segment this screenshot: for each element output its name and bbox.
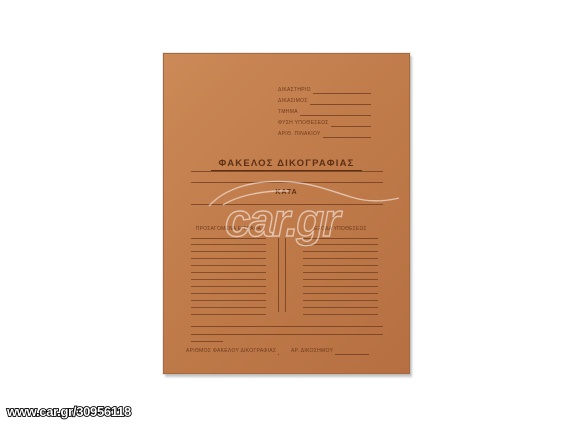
field-row-case-nature: ΦΥΣΗ ΥΠΟΘΕΣΕΩΣ <box>278 118 371 127</box>
right-column-ruled-lines <box>303 238 378 318</box>
field-label-case-nature: ΦΥΣΗ ΥΠΟΘΕΣΕΩΣ <box>278 120 331 127</box>
watermark-url-text: www.car.gr/30956118 <box>6 404 131 419</box>
field-label-hearing-date: ΔΙΚΑΣΙΜΟΣ <box>278 98 310 105</box>
center-divider-line <box>278 238 279 312</box>
write-line <box>313 86 371 94</box>
field-row-court: ΔΙΚΑΣΤΗΡΙΟ <box>278 85 371 94</box>
write-line <box>310 97 371 105</box>
ruled-line <box>191 204 383 205</box>
footer-label-folder-number: ΑΡΙΘΜΟΣ ΦΑΚΕΛΟΥ ΔΙΚΟΓΡΑΦΙΑΣ <box>186 348 278 355</box>
left-column-ruled-lines <box>191 238 266 318</box>
field-label-docket-number: ΑΡΙΘ. ΠΙΝΑΚΙΟΥ <box>278 131 323 138</box>
ruled-line <box>191 334 383 335</box>
write-line <box>300 108 371 116</box>
ruled-line <box>191 341 223 342</box>
write-line <box>335 347 369 355</box>
field-row-department: ΤΜΗΜΑ <box>278 107 371 116</box>
field-label-department: ΤΜΗΜΑ <box>278 109 300 116</box>
watermark-url: www.car.gr/30956118 <box>5 400 155 424</box>
center-divider-line <box>285 238 286 312</box>
field-row-docket-number: ΑΡΙΘ. ΠΙΝΑΚΙΟΥ <box>278 129 371 138</box>
ruled-line <box>191 171 383 172</box>
versus-label: ΚΑΤΑ <box>164 189 409 196</box>
footer-field-fee-stamp-number: ΑΡ. ΔΙΚΟΣΗΜΟΥ <box>291 346 369 355</box>
field-row-hearing-date: ΔΙΚΑΣΙΜΟΣ <box>278 96 371 105</box>
write-line <box>331 119 371 127</box>
write-line <box>278 347 279 355</box>
folder-title-wrap: ΦΑΚΕΛΟΣ ΔΙΚΟΓΡΑΦΙΑΣ <box>164 153 409 171</box>
ruled-line <box>191 182 383 183</box>
footer-field-folder-number: ΑΡΙΘΜΟΣ ΦΑΚΕΛΟΥ ΔΙΚΟΓΡΑΦΙΑΣ <box>186 346 279 355</box>
right-column-header: ΕΞΟΔΑ ΥΠΟΘΕΣΕΩΣ <box>303 226 378 232</box>
folder-title: ΦΑΚΕΛΟΣ ΔΙΚΟΓΡΑΦΙΑΣ <box>211 158 361 171</box>
field-label-court: ΔΙΚΑΣΤΗΡΙΟ <box>278 87 313 94</box>
left-column-header: ΠΡΟΣΑΓΟΜΕΝΑ ΕΓΓΡΑΦΑ <box>191 226 266 232</box>
footer-label-fee-stamp-number: ΑΡ. ΔΙΚΟΣΗΜΟΥ <box>291 348 335 355</box>
write-line <box>323 130 371 138</box>
folder-front-cover: ΔΙΚΑΣΤΗΡΙΟ ΔΙΚΑΣΙΜΟΣ ΤΜΗΜΑ ΦΥΣΗ ΥΠΟΘΕΣΕΩ… <box>163 53 410 374</box>
product-photo: ΔΙΚΑΣΤΗΡΙΟ ΔΙΚΑΣΙΜΟΣ ΤΜΗΜΑ ΦΥΣΗ ΥΠΟΘΕΣΕΩ… <box>0 0 575 431</box>
ruled-line <box>191 326 383 327</box>
